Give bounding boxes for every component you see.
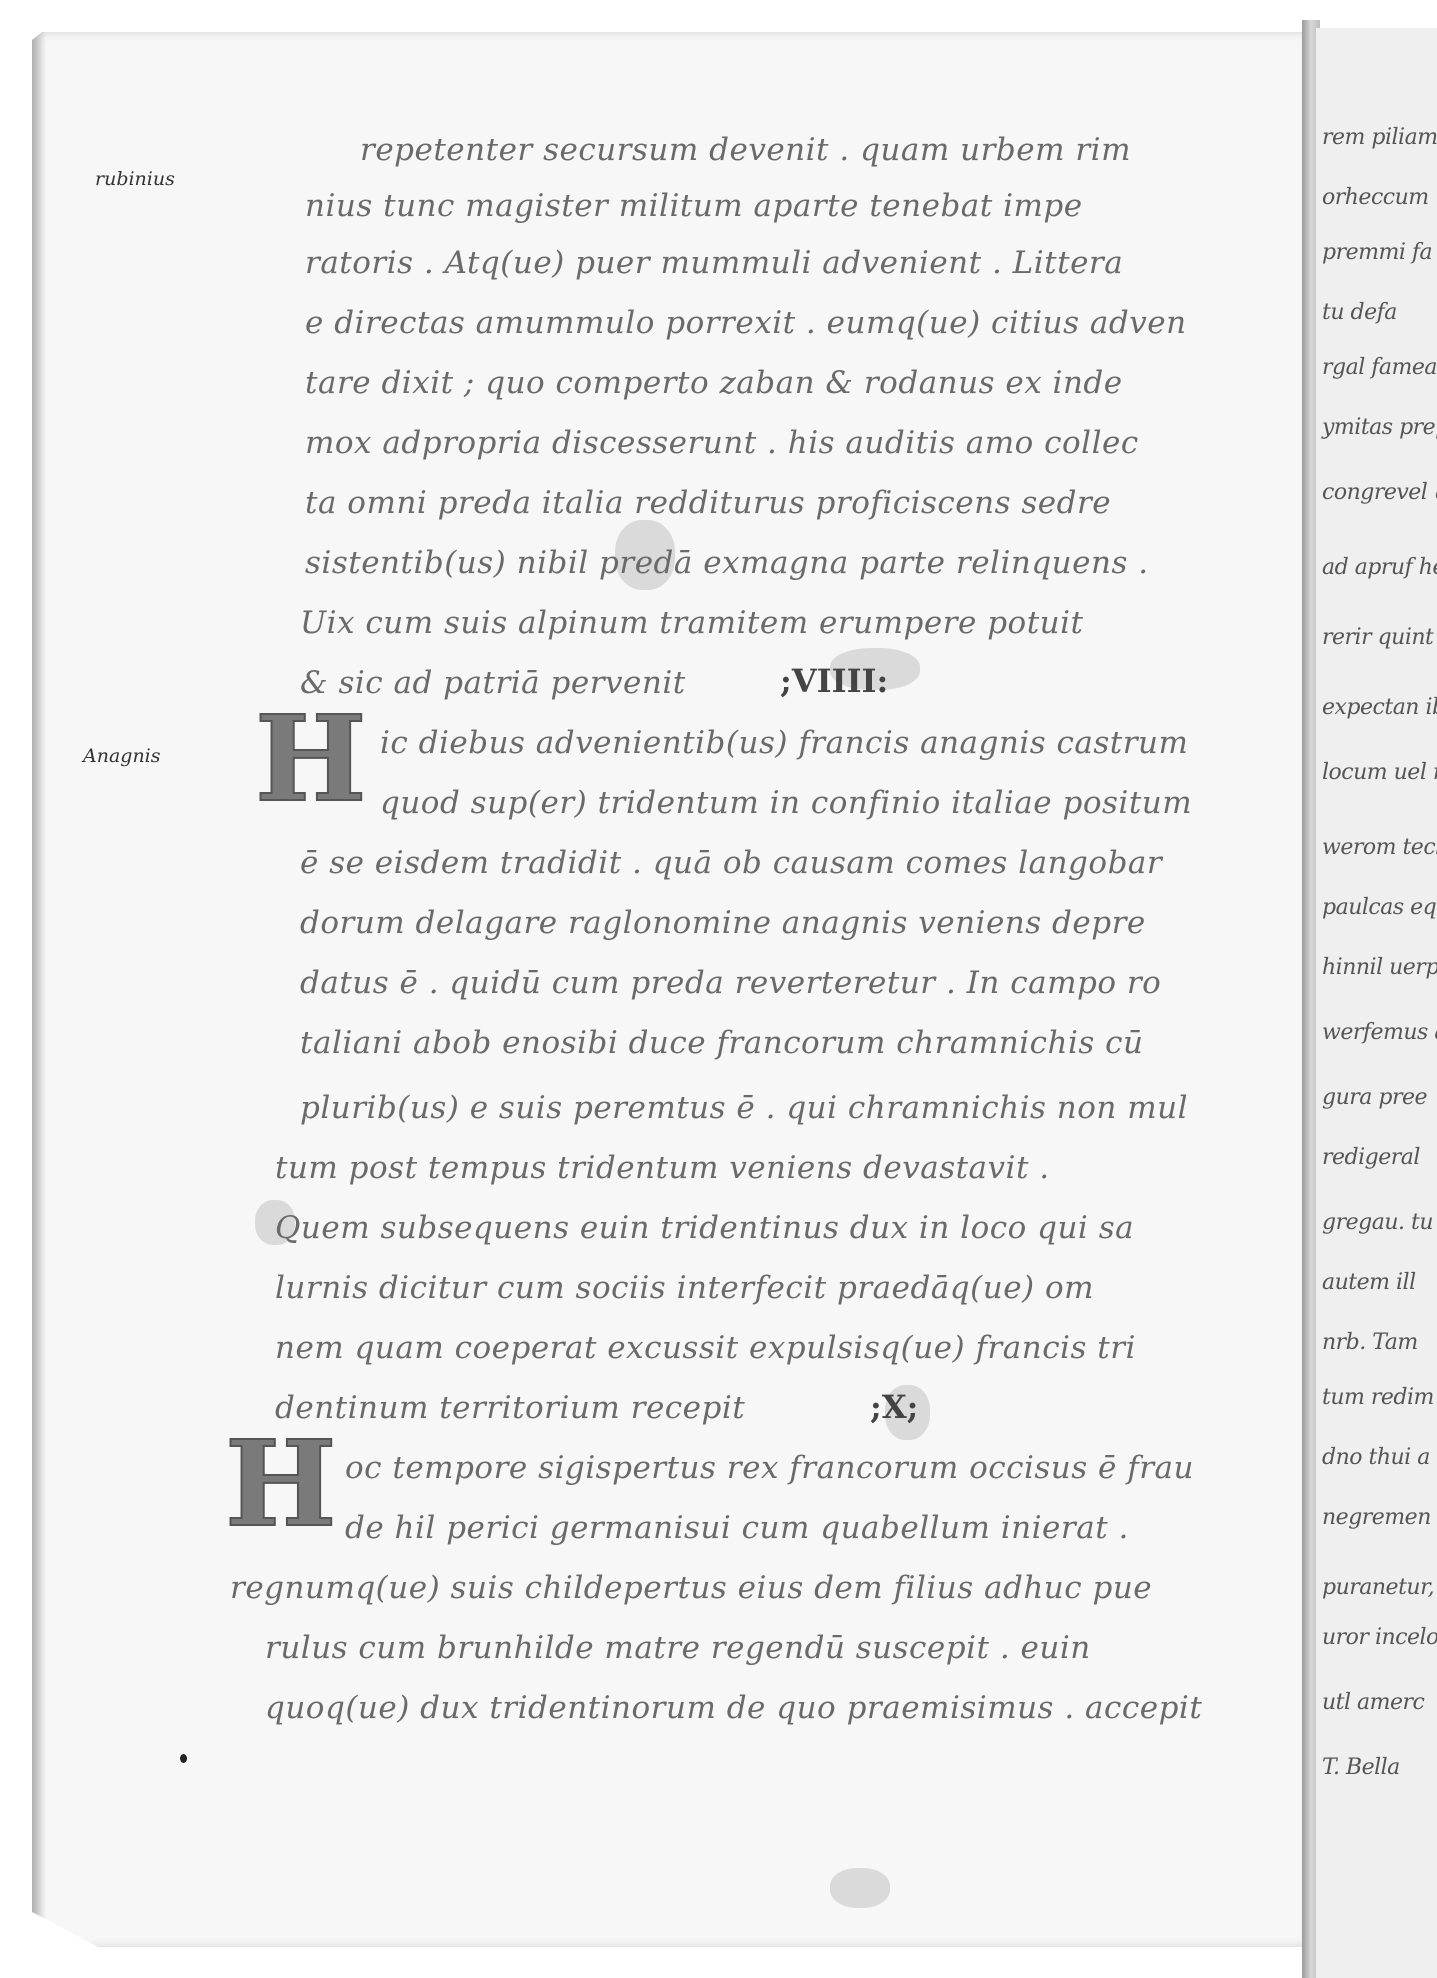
facing-page-line: uror incelo xyxy=(1322,1625,1437,1650)
facing-page-line: ymitas prep xyxy=(1322,415,1437,440)
text-line: oc tempore sigispertus rex francorum occ… xyxy=(345,1450,1194,1486)
facing-page-line: ad apruf heam a xyxy=(1322,555,1437,580)
facing-page-line: werfemus ado xyxy=(1322,1020,1437,1045)
chapter-number: ;X; xyxy=(870,1388,918,1426)
chapter-number: ;VIIII: xyxy=(780,662,888,700)
decorated-initial: H xyxy=(225,1425,337,1543)
facing-page-line: redigeral xyxy=(1322,1145,1420,1170)
facing-page-line: T. Bella xyxy=(1322,1755,1400,1780)
text-line: ic diebus advenientib(us) francis anagni… xyxy=(380,725,1188,761)
text-line: nius tunc magister militum aparte teneba… xyxy=(305,188,1083,224)
text-line: nem quam coeperat excussit expulsisq(ue)… xyxy=(275,1330,1136,1366)
facing-page-line: locum uel ringul xyxy=(1322,760,1437,785)
text-line: sistentib(us) nibil predā exmagna parte … xyxy=(305,545,1149,581)
text-line: repetenter secursum devenit . quam urbem… xyxy=(360,132,1131,168)
facing-page-line: autem ill xyxy=(1322,1270,1416,1295)
text-line: taliani abob enosibi duce francorum chra… xyxy=(300,1025,1144,1061)
text-line: Uix cum suis alpinum tramitem erumpere p… xyxy=(300,605,1084,641)
facing-page-line: rgal famea xyxy=(1322,355,1437,380)
facing-page-line: expectan ibid xyxy=(1322,695,1437,720)
text-line: de hil perici germanisui cum quabellum i… xyxy=(345,1510,1129,1546)
ink-stain xyxy=(830,1868,890,1908)
text-line: rulus cum brunhilde matre regendū suscep… xyxy=(265,1630,1091,1666)
facing-page-line: werom teclene fo xyxy=(1322,835,1437,860)
facing-page-line: tum redim xyxy=(1322,1385,1434,1410)
facing-page-line: premmi fa xyxy=(1322,240,1432,265)
text-line: ē se eisdem tradidit . quā ob causam com… xyxy=(300,845,1162,881)
text-line: plurib(us) e suis peremtus ē . qui chram… xyxy=(300,1090,1188,1126)
text-line: quoq(ue) dux tridentinorum de quo praemi… xyxy=(265,1690,1202,1726)
facing-page-line: hinnil uerpr cimi xyxy=(1322,955,1437,980)
facing-page-line: nrb. Tam xyxy=(1322,1330,1418,1355)
text-line: ta omni preda italia redditurus proficis… xyxy=(305,485,1111,521)
facing-page-line: rerir quint illu xyxy=(1322,625,1437,650)
facing-page-line: puranetur, xyxy=(1322,1575,1434,1600)
facing-page-line: utl amerc xyxy=(1322,1690,1424,1715)
text-line: Quem subsequens euin tridentinus dux in … xyxy=(275,1210,1134,1246)
facing-page-line: congrevel quer xyxy=(1322,480,1437,505)
text-line: mox adpropria discesserunt . his auditis… xyxy=(305,425,1139,461)
facing-page-line: paulcas equil en xyxy=(1322,895,1437,920)
facing-page-line: negremen xyxy=(1322,1505,1431,1530)
text-line: dentinum territorium recepit xyxy=(275,1390,745,1426)
facing-page-line: tu defa xyxy=(1322,300,1397,325)
ink-dot xyxy=(180,1754,187,1763)
margin-note: Anagnis xyxy=(83,745,161,767)
facing-page-line: orheccum xyxy=(1322,185,1429,210)
text-line: regnumq(ue) suis childepertus eius dem f… xyxy=(230,1570,1152,1606)
facing-page: rem piliam qorheccumpremmi fatu defargal… xyxy=(1316,28,1437,1978)
facing-page-line: gregau. tu xyxy=(1322,1210,1433,1235)
text-line: quod sup(er) tridentum in confinio itali… xyxy=(380,785,1192,821)
text-line: tare dixit ; quo comperto zaban & rodanu… xyxy=(305,365,1123,401)
text-line: e directas amummulo porrexit . eumq(ue) … xyxy=(305,305,1187,341)
text-line: tum post tempus tridentum veniens devast… xyxy=(275,1150,1050,1186)
facing-page-line: gura pree xyxy=(1322,1085,1427,1110)
text-line: ratoris . Atq(ue) puer mummuli advenient… xyxy=(305,245,1123,281)
margin-note: rubinius xyxy=(95,168,175,190)
text-line: dorum delagare raglonomine anagnis venie… xyxy=(300,905,1146,941)
decorated-initial: H xyxy=(255,700,367,818)
facing-page-line: dno thui a xyxy=(1322,1445,1430,1470)
text-line: lurnis dicitur cum sociis interfecit pra… xyxy=(275,1270,1094,1306)
facing-page-line: rem piliam q xyxy=(1322,125,1437,150)
text-line: datus ē . quidū cum preda reverteretur .… xyxy=(300,965,1161,1001)
